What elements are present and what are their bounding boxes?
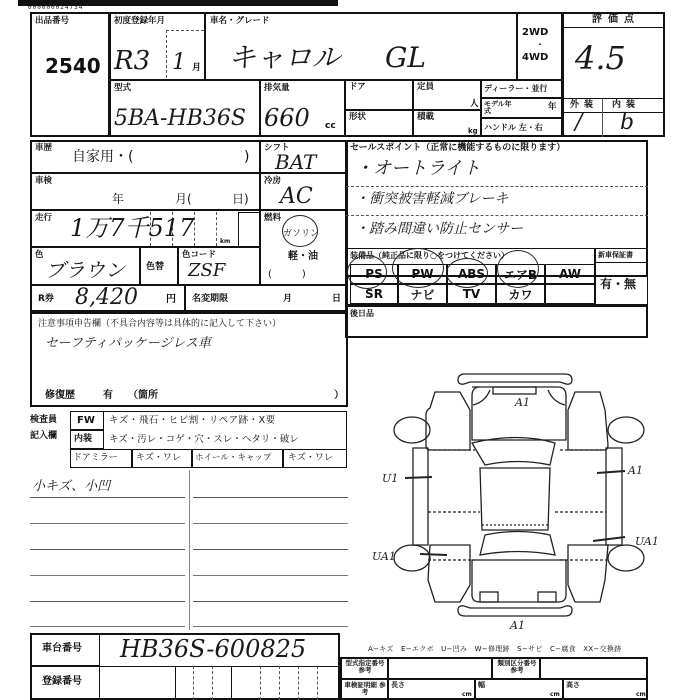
inspector-key-interior-label: 内装 (74, 435, 92, 444)
repair-value: 有 (103, 391, 113, 401)
divider (346, 186, 648, 187)
mark-left-rear-wheel: UA1 (372, 550, 396, 563)
warranty-label: 新車保証書 (598, 252, 633, 259)
drive-4wd: 4WD (522, 53, 548, 63)
inspector-label-2: 記入欄 (30, 432, 57, 441)
drive-separator: ・ (536, 41, 544, 49)
note-line (30, 497, 185, 498)
inspection-label: 車検 (35, 177, 52, 186)
divider (260, 666, 261, 700)
inspection-day: 日) (232, 193, 249, 205)
note-line (193, 549, 348, 550)
first-registration-label: 初度登録年月 (114, 17, 165, 26)
length-unit: cm (462, 692, 472, 698)
score-label: 評価点 (592, 15, 640, 25)
car-damage-diagram: A1 U1 A1 UA1 UA1 A1 (360, 370, 680, 620)
inspector-key-fw-label: FW (77, 416, 95, 426)
category-value (540, 657, 648, 679)
equip-blank (545, 284, 595, 304)
usage-value: 自家用・( (72, 150, 133, 164)
aftermarket-cell (345, 305, 648, 338)
dealer-label: ディーラー・並行 (484, 85, 547, 93)
recycle-label: R券 (38, 295, 54, 304)
mileage-value: 1万7千517 (70, 216, 194, 240)
exterior-label: 外装 (570, 101, 598, 110)
mileage-label: 走行 (35, 214, 52, 223)
lot-label: 出品番号 (35, 17, 69, 26)
note-line (193, 626, 348, 627)
fuel-gasoline: ガソリン (283, 230, 319, 239)
mark-right-rear-door: UA1 (635, 535, 659, 548)
inspection-cell (30, 173, 260, 210)
note-line (193, 523, 348, 524)
interior-score: b (620, 112, 634, 134)
divider (166, 30, 204, 31)
shift-value: BAT (275, 152, 316, 172)
door-mirror-label: ドアミラー (73, 454, 118, 463)
width-label: 幅 (478, 682, 485, 689)
model-code-label: 型式 (114, 84, 131, 93)
height-label: 高さ (566, 682, 580, 689)
fuel-label: 燃料 (264, 214, 281, 223)
mark-hood: A1 (514, 396, 530, 409)
divider (100, 666, 340, 667)
inspector-label-1: 検査員 (30, 416, 57, 425)
divider (346, 215, 648, 216)
color-code-value: ZSF (188, 262, 225, 280)
rear-bumper-mark: A1 (510, 620, 525, 631)
sales-point-1: ・オートライト (355, 160, 480, 178)
repair-close: ） (334, 391, 344, 401)
inspector-fw-text: キズ・飛石・ヒビ割・リペア跡・X要 (109, 416, 276, 426)
ac-label: 冷房 (264, 177, 281, 186)
door-mirror-damage: キズ・ワレ (136, 454, 181, 463)
height-unit: cm (636, 692, 646, 698)
registration-label: 登録番号 (42, 677, 82, 687)
divider (317, 666, 318, 700)
warranty-value: 有・無 (600, 278, 636, 290)
handwritten-note: 小キズ、小凹 (32, 480, 110, 493)
equip-ps-circle (347, 255, 387, 289)
divider (231, 666, 232, 700)
car-grade-value: GL (385, 44, 426, 72)
chassis-value: HB36S-600825 (120, 637, 306, 661)
drive-2wd: 2WD (522, 28, 548, 38)
color-label: 色 (35, 251, 44, 260)
fuel-diesel: 軽・油 (288, 252, 318, 262)
color-code-label: 色コード (182, 251, 216, 260)
sales-point-2: ・衝突被害軽減ブレーキ (355, 192, 508, 206)
note-line (193, 601, 348, 602)
note-divider (189, 470, 190, 630)
score-value: 4.5 (575, 42, 626, 74)
inspection-month: 月( (175, 193, 192, 205)
body-shape-label: 形状 (349, 113, 366, 122)
registration-month: 1 (172, 52, 186, 74)
mark-left-side: U1 (382, 472, 398, 485)
lot-number: 2540 (45, 56, 101, 76)
ac-value: AC (280, 186, 313, 208)
divider (298, 666, 299, 700)
width-unit: cm (550, 692, 560, 698)
recycle-unit: 円 (166, 295, 176, 305)
registration-year: R3 (114, 48, 150, 74)
handle-label: ハンドル 左・右 (484, 124, 543, 132)
usage-label: 車歴 (35, 144, 52, 153)
equip-aw: AW (545, 264, 595, 284)
length-label: 長さ (391, 682, 405, 689)
divider (212, 666, 213, 700)
divider (602, 98, 603, 137)
mark-right-front-door: A1 (627, 464, 643, 477)
usage-cell (30, 140, 260, 173)
aftermarket-label: 後日品 (350, 310, 374, 318)
inspection-year: 年 (112, 193, 124, 205)
displacement-value: 660 (264, 106, 310, 130)
note-line (193, 497, 348, 498)
name-change-month: 月 (283, 295, 292, 304)
usage-close: ) (244, 150, 249, 164)
model-year-label: モデル年式 (484, 101, 514, 115)
sales-points-label: セールスポイント（正常に機能するものに限ります） (350, 144, 565, 153)
model-year-unit: 年 (548, 103, 557, 112)
note-line (193, 575, 348, 576)
divider (166, 30, 167, 78)
car-name-label: 車名・グレード (210, 17, 270, 26)
displacement-unit: cc (325, 122, 336, 131)
type-cert-label: 型式指定番号 参考 (342, 660, 388, 673)
note-line (30, 575, 185, 576)
capacity-label: 定員 (417, 83, 434, 92)
mileage-extra-cell (238, 212, 260, 247)
name-change-day: 日 (332, 295, 341, 304)
month-unit: 月 (192, 64, 201, 73)
equip-pw-circle (392, 248, 444, 288)
repair-location: （箇所 (128, 391, 158, 401)
category-label: 類別区分番号 参考 (494, 660, 540, 673)
damage-legend: A−キズ E−エクボ U−凹み W−修理跡 S−サビ C−腐食 XX−交換跡 (368, 646, 622, 653)
repaint-label: 色替 (146, 263, 164, 272)
repair-label: 修復歴 (45, 391, 75, 401)
exterior-score: / (575, 112, 582, 134)
equip-abs-circle (446, 258, 488, 288)
load-unit: kg (468, 128, 478, 135)
note-line (30, 601, 185, 602)
displacement-label: 排気量 (264, 84, 290, 93)
divider (216, 212, 217, 246)
mileage-unit: km (220, 239, 230, 245)
recycle-value: 8,420 (75, 287, 138, 309)
wheel-cap-damage: キズ・ワレ (288, 454, 333, 463)
divider (193, 666, 194, 700)
note-line (30, 549, 185, 550)
car-name-value: キャロル (228, 44, 340, 72)
note-line (30, 523, 185, 524)
model-code-value: 5BA-HB36S (114, 108, 246, 130)
note-line (30, 626, 185, 627)
name-change-label: 名変期限 (192, 295, 228, 304)
notes-label: 注意事項申告欄（不具合内容等は具体的に記入して下さい） (38, 320, 281, 329)
equip-airbag-circle (497, 250, 539, 288)
fuel-other: ( ) (268, 270, 306, 280)
chassis-label: 車台番号 (42, 644, 82, 654)
dimensions-label: 車検証明細 参考 (342, 682, 388, 695)
form-serial: 000000024734 (28, 4, 83, 11)
interior-label: 内装 (612, 101, 640, 110)
divider (279, 666, 280, 700)
color-value: ブラウン (45, 260, 125, 280)
type-cert-value (388, 657, 492, 679)
capacity-unit: 人 (470, 100, 479, 109)
divider (175, 666, 176, 700)
sales-point-3: ・踏み間違い防止センサー (355, 222, 523, 236)
wheel-cap-label: ホイール・キャップ (195, 454, 271, 463)
door-label: ドア (349, 83, 366, 92)
notes-value: セーフティパッケージレス車 (45, 337, 211, 350)
inspector-interior-text: キズ・汚レ・コゲ・穴・スレ・ヘタリ・破レ (109, 435, 299, 445)
load-label: 積載 (417, 113, 434, 122)
